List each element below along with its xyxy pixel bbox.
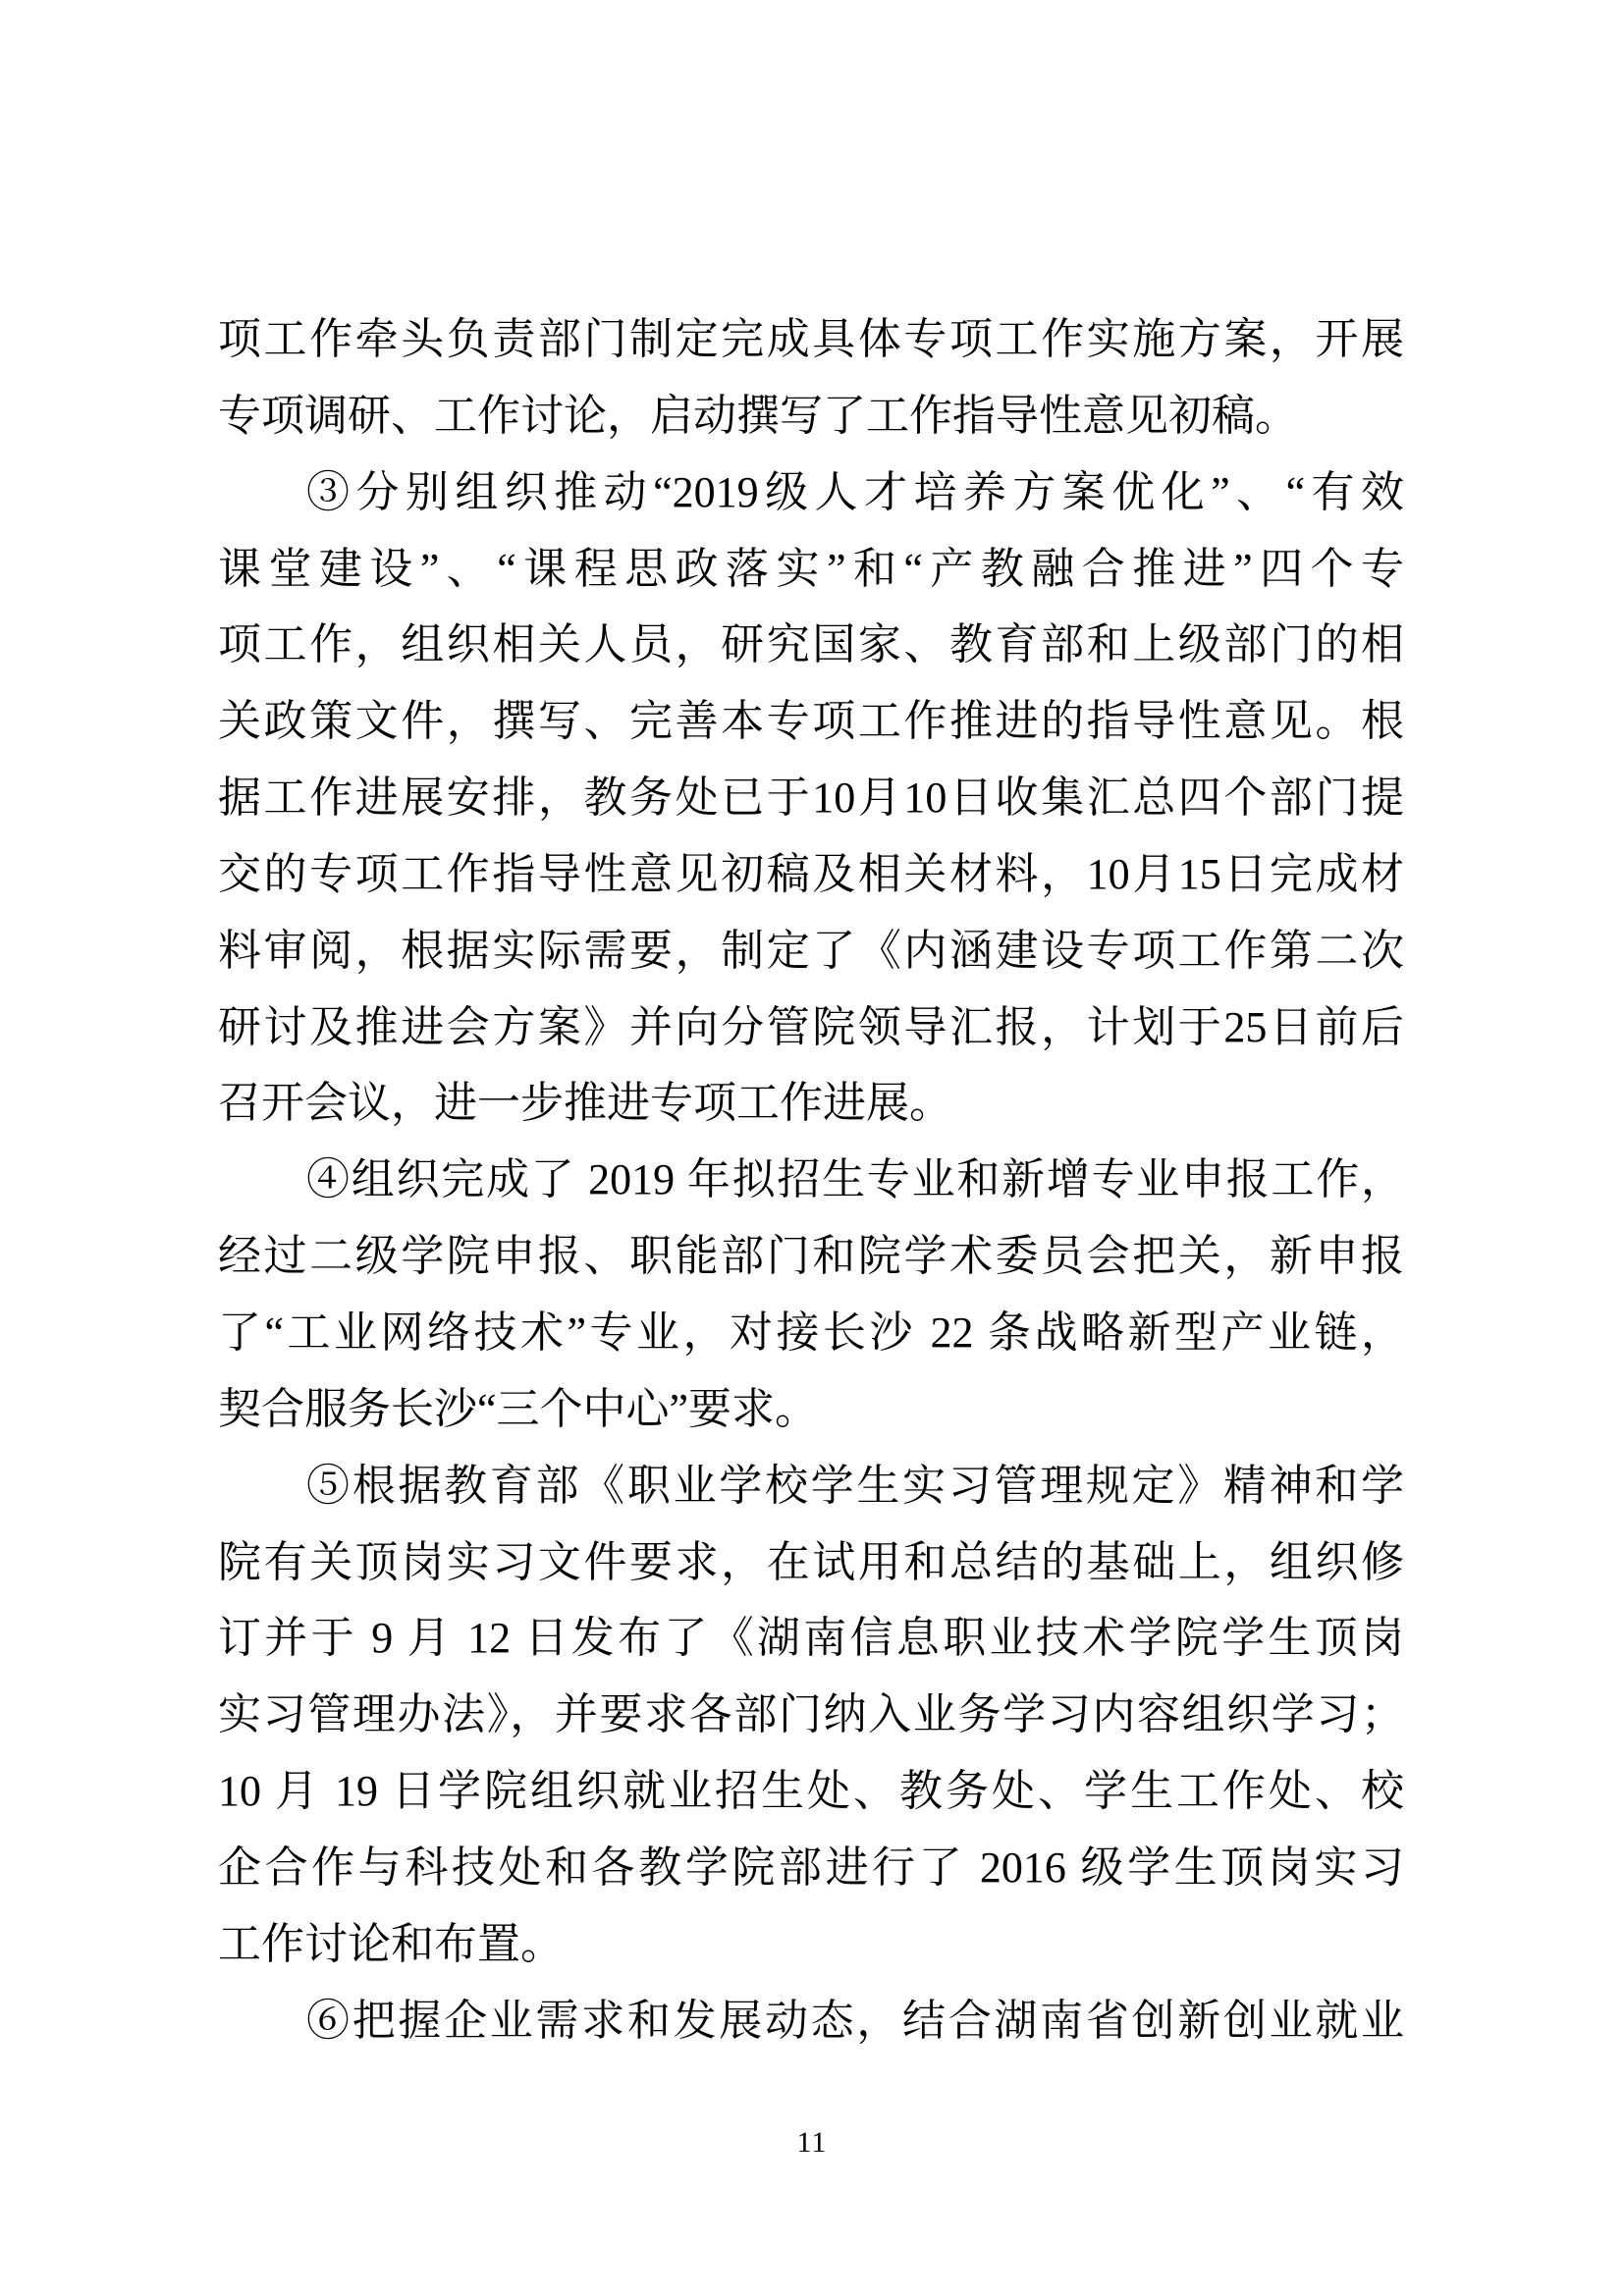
text-line: 实习管理办法》，并要求各部门纳入业务学习内容组织学习； [218,1677,1404,1753]
text-line: 项工作，组织相关人员，研究国家、教育部和上级部门的相 [218,607,1404,683]
text-line: 研讨及推进会方案》并向分管院领导汇报，计划于25日前后 [218,989,1404,1066]
text-line: 专项调研、工作讨论，启动撰写了工作指导性意见初稿。 [218,378,1404,454]
text-line: 10 月 19 日学院组织就业招生处、教务处、学生工作处、校 [218,1753,1404,1830]
text-line: 了“工业网络技术”专业，对接长沙 22 条战略新型产业链， [218,1295,1404,1371]
text-line: 订并于 9 月 12 日发布了《湖南信息职业技术学院学生顶岗 [218,1600,1404,1677]
document-page: 项工作牵头负责部门制定完成具体专项工作实施方案，开展专项调研、工作讨论，启动撰写… [0,0,1624,2296]
text-line: 据工作进展安排，教务处已于10月10日收集汇总四个部门提 [218,760,1404,836]
text-line: 工作讨论和布置。 [218,1906,1404,1983]
text-line: 交的专项工作指导性意见初稿及相关材料，10月15日完成材 [218,836,1404,913]
text-line: 契合服务长沙“三个中心”要求。 [218,1371,1404,1448]
text-line: ⑥把握企业需求和发展动态，结合湖南省创新创业就业 [218,1983,1404,2059]
text-line: 经过二级学院申报、职能部门和院学术委员会把关，新申报 [218,1218,1404,1295]
text-line: 料审阅，根据实际需要，制定了《内涵建设专项工作第二次 [218,913,1404,989]
document-body: 项工作牵头负责部门制定完成具体专项工作实施方案，开展专项调研、工作讨论，启动撰写… [218,301,1404,2058]
text-line: 院有关顶岗实习文件要求，在试用和总结的基础上，组织修 [218,1524,1404,1601]
text-line: ③分别组织推动“2019级人才培养方案优化”、“有效 [218,454,1404,531]
text-line: 项工作牵头负责部门制定完成具体专项工作实施方案，开展 [218,301,1404,378]
text-line: 企合作与科技处和各教学院部进行了 2016 级学生顶岗实习 [218,1830,1404,1906]
text-line: ④组织完成了 2019 年拟招生专业和新增专业申报工作， [218,1142,1404,1218]
text-line: ⑤根据教育部《职业学校学生实习管理规定》精神和学 [218,1448,1404,1524]
text-line: 课堂建设”、“课程思政落实”和“产教融合推进”四个专 [218,531,1404,608]
page-number: 11 [0,2126,1624,2160]
text-line: 关政策文件，撰写、完善本专项工作推进的指导性意见。根 [218,683,1404,760]
text-line: 召开会议，进一步推进专项工作进展。 [218,1065,1404,1142]
